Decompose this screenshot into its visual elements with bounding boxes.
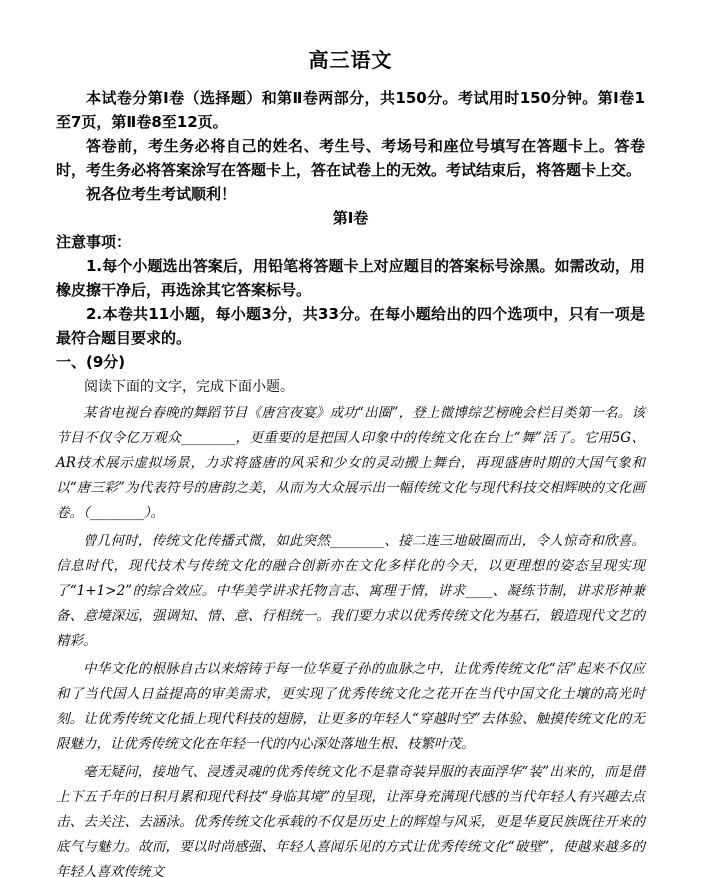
exam-document-page: 高三语文 本试卷分第Ⅰ卷（选择题）和第Ⅱ卷两部分，共150分。考试用时150分钟… (0, 0, 701, 877)
passage-paragraph-3: 中华文化的根脉自古以来熔铸于每一位华夏子孙的血脉之中，让优秀传统文化“活”起来不… (56, 657, 645, 757)
section-one-heading: 一、(9分) (56, 350, 645, 375)
reading-instruction: 阅读下面的文字，完成下面小题。 (56, 375, 645, 400)
intro-paragraph-good-luck: 祝各位考生考试顺利！ (56, 182, 645, 206)
intro-paragraph-exam-structure: 本试卷分第Ⅰ卷（选择题）和第Ⅱ卷两部分，共150分。考试用时150分钟。第Ⅰ卷1… (56, 86, 645, 134)
page-title: 高三语文 (56, 46, 645, 74)
reading-passage: 某省电视台春晚的舞蹈节目《唐宫夜宴》成功“出圈”，登上微博综艺榜晚会栏目类第一名… (56, 401, 645, 877)
passage-paragraph-4: 毫无疑问，接地气、浸透灵魂的优秀传统文化不是靠奇装异服的表面浮华“装”出来的，而… (56, 760, 645, 877)
notes-heading: 注意事项： (56, 230, 645, 254)
passage-paragraph-1: 某省电视台春晚的舞蹈节目《唐宫夜宴》成功“出圈”，登上微博综艺榜晚会栏目类第一名… (56, 401, 645, 526)
note-item-1: 1.每个小题选出答案后，用铅笔将答题卡上对应题目的答案标号涂黑。如需改动，用橡皮… (56, 254, 645, 302)
note-item-2: 2.本卷共11小题，每小题3分，共33分。在每小题给出的四个选项中，只有一项是最… (56, 302, 645, 350)
intro-paragraph-answer-sheet-rules: 答卷前，考生务必将自己的姓名、考生号、考场号和座位号填写在答题卡上。答卷时，考生… (56, 134, 645, 182)
passage-paragraph-2: 曾几何时，传统文化传播式微，如此突然________、接二连三地破圈而出，令人惊… (56, 529, 645, 654)
part1-heading: 第Ⅰ卷 (56, 206, 645, 230)
